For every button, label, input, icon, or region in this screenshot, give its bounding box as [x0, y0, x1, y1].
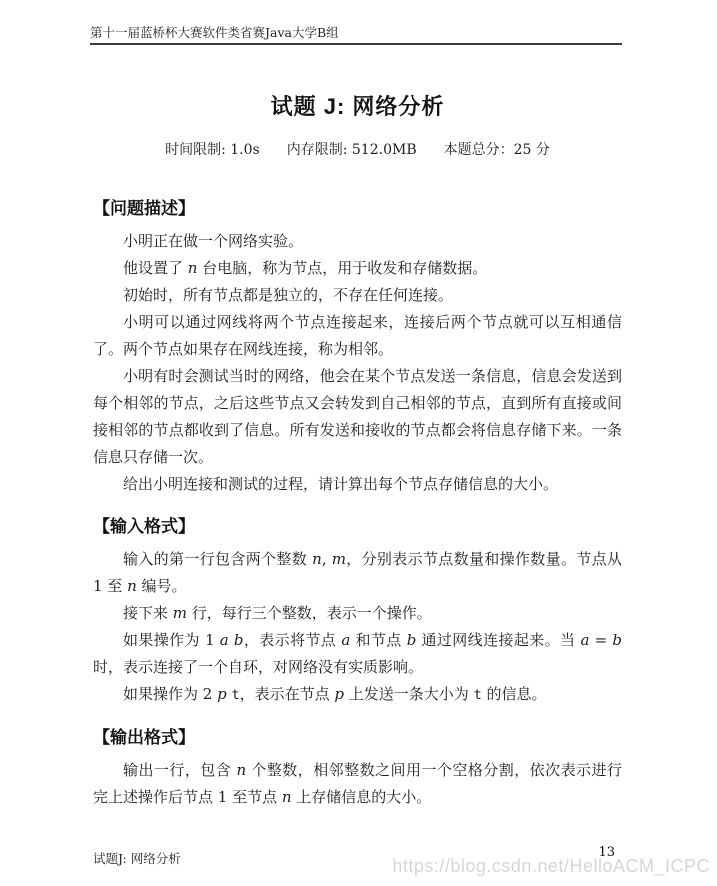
math-variable: p	[217, 685, 227, 703]
text-run: =	[589, 631, 612, 649]
math-variable: m	[173, 604, 187, 622]
page-header: 第十一届蓝桥杯大赛软件类省赛Java大学B组	[90, 24, 622, 45]
text-run: 编号。	[137, 577, 187, 595]
text-run: 时，表示连接了一个自环，对网络没有实质影响。	[93, 658, 423, 676]
paragraph: 接下来 m 行，每行三个整数，表示一个操作。	[93, 600, 622, 627]
limits-line: 时间限制: 1.0s 内存限制: 512.0MB 本题总分：25 分	[93, 139, 622, 159]
text-run: 输入的第一行包含两个整数	[123, 550, 312, 568]
section-heading: 【问题描述】	[93, 197, 622, 221]
text-run: 接下来	[123, 604, 173, 622]
time-limit: 时间限制: 1.0s	[165, 139, 260, 159]
page-number: 13	[93, 845, 615, 860]
paragraph: 输出一行，包含 n 个整数，相邻整数之间用一个空格分割，依次表示进行完上述操作后…	[93, 757, 622, 811]
section-paragraphs: 小明正在做一个网络实验。他设置了 n 台电脑，称为节点，用于收发和存储数据。初始…	[93, 228, 622, 498]
section-paragraphs: 输出一行，包含 n 个整数，相邻整数之间用一个空格分割，依次表示进行完上述操作后…	[93, 757, 622, 811]
section-output-format: 【输出格式】 输出一行，包含 n 个整数，相邻整数之间用一个空格分割，依次表示进…	[93, 726, 622, 811]
text-run: 行，每行三个整数，表示一个操作。	[187, 604, 432, 622]
document-page: 第十一届蓝桥杯大赛软件类省赛Java大学B组 试题 J: 网络分析 时间限制: …	[0, 0, 717, 886]
section-heading: 【输入格式】	[93, 515, 622, 539]
math-variable: n	[188, 259, 198, 277]
paragraph: 小明正在做一个网络实验。	[93, 228, 622, 255]
math-variable: a	[341, 631, 350, 649]
paragraph: 如果操作为 1 a b，表示将节点 a 和节点 b 通过网线连接起来。当 a =…	[93, 627, 622, 681]
paragraph: 小明有时会测试当时的网络，他会在某个节点发送一条信息，信息会发送到每个相邻的节点…	[93, 363, 622, 471]
page-title: 试题 J: 网络分析	[93, 90, 622, 121]
text-run: 他设置了	[123, 259, 188, 277]
section-input-format: 【输入格式】 输入的第一行包含两个整数 n, m，分别表示节点数量和操作数量。节…	[93, 515, 622, 709]
text-run: 小明有时会测试当时的网络，他会在某个节点发送一条信息，信息会发送到每个相邻的节点…	[93, 367, 622, 466]
paragraph: 输入的第一行包含两个整数 n, m，分别表示节点数量和操作数量。节点从 1 至 …	[93, 546, 622, 600]
math-variable: n	[127, 577, 137, 595]
text-run: ，表示将节点	[244, 631, 342, 649]
text-run: ，表示在节点	[240, 685, 335, 703]
paragraph: 小明可以通过网线将两个节点连接起来，连接后两个节点就可以互相通信了。两个节点如果…	[93, 309, 622, 363]
code-variable: t	[474, 687, 482, 703]
document-body: 【问题描述】 小明正在做一个网络实验。他设置了 n 台电脑，称为节点，用于收发和…	[93, 197, 622, 811]
text-run: 台电脑，称为节点，用于收发和存储数据。	[197, 259, 487, 277]
math-variable: b	[612, 631, 622, 649]
text-run: ,	[322, 550, 332, 568]
header-text: 第十一届蓝桥杯大赛软件类省赛Java大学B组	[90, 25, 339, 40]
paragraph: 给出小明连接和测试的过程，请计算出每个节点存储信息的大小。	[93, 471, 622, 498]
math-variable: n	[282, 788, 292, 806]
paragraph: 他设置了 n 台电脑，称为节点，用于收发和存储数据。	[93, 255, 622, 282]
total-score: 本题总分：25 分	[444, 139, 550, 159]
math-variable: m	[332, 550, 346, 568]
math-variable: p	[334, 685, 344, 703]
text-run: 如果操作为 1	[123, 631, 220, 649]
paragraph: 如果操作为 2 p t，表示在节点 p 上发送一条大小为 t 的信息。	[93, 681, 622, 709]
code-variable: t	[231, 687, 239, 703]
text-run: 小明正在做一个网络实验。	[123, 232, 303, 250]
text-run: 和节点	[350, 631, 406, 649]
math-variable: n	[312, 550, 322, 568]
text-run: 如果操作为 2	[123, 685, 217, 703]
text-run: 的信息。	[482, 685, 547, 703]
math-variable: n	[236, 761, 246, 779]
math-variable: b	[407, 631, 417, 649]
section-heading: 【输出格式】	[93, 726, 622, 750]
text-run: 小明可以通过网线将两个节点连接起来，连接后两个节点就可以互相通信了。两个节点如果…	[93, 313, 622, 358]
text-run: 给出小明连接和测试的过程，请计算出每个节点存储信息的大小。	[123, 475, 558, 493]
math-variable: a	[220, 631, 229, 649]
text-run: 初始时，所有节点都是独立的，不存在任何连接。	[123, 286, 453, 304]
section-problem-description: 【问题描述】 小明正在做一个网络实验。他设置了 n 台电脑，称为节点，用于收发和…	[93, 197, 622, 498]
paragraph: 初始时，所有节点都是独立的，不存在任何连接。	[93, 282, 622, 309]
text-run: 输出一行，包含	[123, 761, 236, 779]
memory-limit: 内存限制: 512.0MB	[287, 139, 417, 159]
text-run: 上发送一条大小为	[344, 685, 474, 703]
section-paragraphs: 输入的第一行包含两个整数 n, m，分别表示节点数量和操作数量。节点从 1 至 …	[93, 546, 622, 709]
text-run: 上存储信息的大小。	[292, 788, 432, 806]
text-run: 通过网线连接起来。当	[416, 631, 580, 649]
math-variable: b	[234, 631, 244, 649]
